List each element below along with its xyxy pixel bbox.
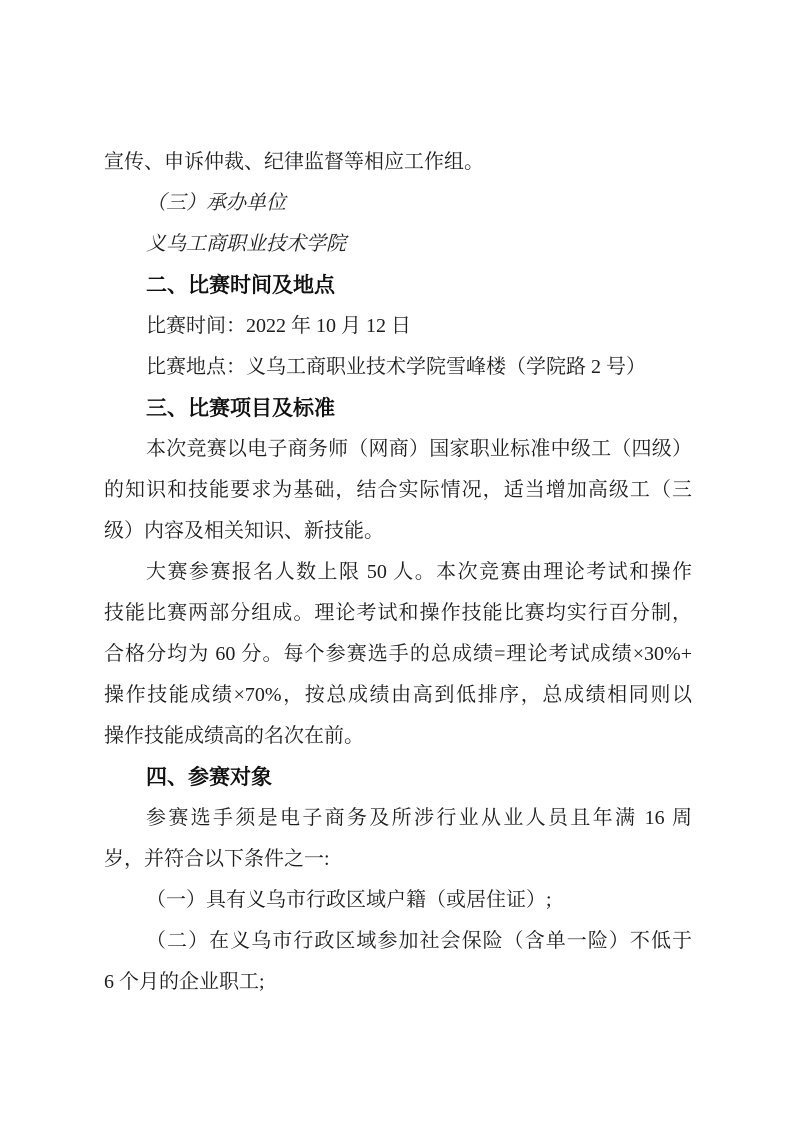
paragraph-eligibility-line: 参赛选手须是电子商务及所涉行业从业人员且年满 16 周 — [104, 798, 692, 839]
text-competition-time: 比赛时间：2022 年 10 月 12 日 — [104, 306, 692, 347]
paragraph-scoring-line: 大赛参赛报名人数上限 50 人。本次竞赛由理论考试和操作 — [104, 552, 692, 593]
document-page: 宣传、申诉仲裁、纪律监督等相应工作组。 （三）承办单位 义乌工商职业技术学院 二… — [0, 0, 794, 1123]
section-heading-items-standards: 三、比赛项目及标准 — [104, 388, 692, 429]
paragraph-preamble-continuation: 宣传、申诉仲裁、纪律监督等相应工作组。 — [104, 142, 692, 183]
paragraph-scoring-line: 合格分均为 60 分。每个参赛选手的总成绩=理论考试成绩×30%+ — [104, 634, 692, 675]
paragraph-standards-line: 本次竞赛以电子商务师（网商）国家职业标准中级工（四级） — [104, 429, 692, 470]
section-heading-time-place: 二、比赛时间及地点 — [104, 265, 692, 306]
text-competition-place: 比赛地点：义乌工商职业技术学院雪峰楼（学院路 2 号） — [104, 347, 692, 388]
paragraph-eligibility-line: 岁，并符合以下条件之一: — [104, 839, 692, 880]
text-organizer-name: 义乌工商职业技术学院 — [104, 224, 692, 265]
text-condition-1: （一）具有义乌市行政区域户籍（或居住证）; — [104, 880, 692, 921]
paragraph-standards-line: 级）内容及相关知识、新技能。 — [104, 511, 692, 552]
paragraph-scoring-line: 操作技能成绩高的名次在前。 — [104, 716, 692, 757]
subsection-heading-organizer: （三）承办单位 — [104, 183, 692, 224]
text-condition-2-line: （二）在义乌市行政区域参加社会保险（含单一险）不低于 — [104, 921, 692, 962]
paragraph-standards-line: 的知识和技能要求为基础，结合实际情况，适当增加高级工（三 — [104, 470, 692, 511]
paragraph-scoring-line: 操作技能成绩×70%，按总成绩由高到低排序，总成绩相同则以 — [104, 675, 692, 716]
document-content: 宣传、申诉仲裁、纪律监督等相应工作组。 （三）承办单位 义乌工商职业技术学院 二… — [104, 142, 692, 1003]
section-heading-participants: 四、参赛对象 — [104, 757, 692, 798]
text-condition-2-line: 6 个月的企业职工; — [104, 962, 692, 1003]
paragraph-scoring-line: 技能比赛两部分组成。理论考试和操作技能比赛均实行百分制， — [104, 593, 692, 634]
